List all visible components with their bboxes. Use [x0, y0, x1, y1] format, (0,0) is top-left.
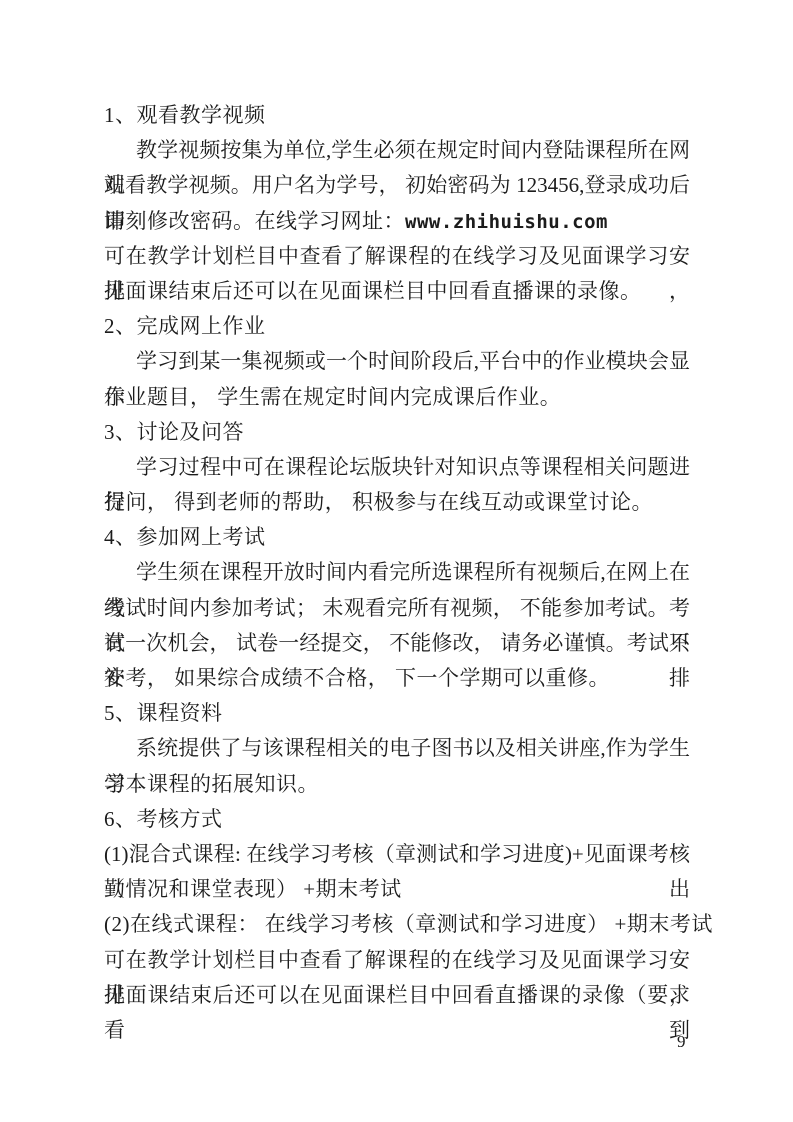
text-line: (1)混合式课程: 在线学习考核（章测试和学习进度)+见面课考核（出	[104, 837, 690, 872]
text-line: 即刻修改密码。在线学习网址：	[104, 209, 405, 233]
text-line: 学生须在课程开放时间内看完所选课程所有视频后,在网上在线	[104, 555, 690, 590]
body-text: 1、观看教学视频 教学视频按集为单位,学生必须在规定时间内登陆课程所在网站 观看…	[104, 98, 690, 1013]
learning-website-url: www.zhihuishu.com	[405, 211, 608, 233]
text-line: 教学视频按集为单位,学生必须在规定时间内登陆课程所在网站	[104, 133, 690, 168]
text-line: 补考， 如果综合成绩不合格， 下一个学期可以重修。	[104, 661, 690, 696]
section-1-heading: 1、观看教学视频	[104, 98, 690, 133]
text-line: 观看教学视频。用户名为学号， 初始密码为 123456,登录成功后请	[104, 168, 690, 203]
text-line: (2)在线式课程： 在线学习考核（章测试和学习进度） +期末考试	[104, 907, 690, 942]
section-2-heading: 2、完成网上作业	[104, 309, 690, 344]
text-line: 系统提供了与该课程相关的电子图书以及相关讲座,作为学生学	[104, 731, 690, 766]
text-line: 可在教学计划栏目中查看了解课程的在线学习及见面课学习安排，	[104, 239, 690, 274]
text-line: 学习过程中可在课程论坛版块针对知识点等课程相关问题进行	[104, 450, 690, 485]
section-5-heading: 5、课程资料	[104, 696, 690, 731]
text-line: 考试时间内参加考试； 未观看完所有视频， 不能参加考试。考试只	[104, 591, 690, 626]
section-4-heading: 4、参加网上考试	[104, 520, 690, 555]
text-line: 可在教学计划栏目中查看了解课程的在线学习及见面课学习安排，	[104, 943, 690, 978]
section-6-heading: 6、考核方式	[104, 802, 690, 837]
text-line: 习本课程的拓展知识。	[104, 767, 690, 802]
text-line: 见面课结束后还可以在见面课栏目中回看直播课的录像。	[104, 274, 690, 309]
document-page: 1、观看教学视频 教学视频按集为单位,学生必须在规定时间内登陆课程所在网站 观看…	[0, 0, 793, 1122]
text-line: 提问， 得到老师的帮助， 积极参与在线互动或课堂讨论。	[104, 485, 690, 520]
text-line: 有一次机会， 试卷一经提交， 不能修改， 请务必谨慎。考试不安排	[104, 626, 690, 661]
text-line: 作业题目， 学生需在规定时间内完成课后作业。	[104, 380, 690, 415]
text-line: 见面课结束后还可以在见面课栏目中回看直播课的录像（要求看到	[104, 978, 690, 1013]
page-number: 9	[677, 1031, 686, 1053]
section-3-heading: 3、讨论及问答	[104, 415, 690, 450]
text-line: 学习到某一集视频或一个时间阶段后,平台中的作业模块会显示	[104, 344, 690, 379]
text-line-with-url: 即刻修改密码。在线学习网址：www.zhihuishu.com	[104, 204, 690, 239]
